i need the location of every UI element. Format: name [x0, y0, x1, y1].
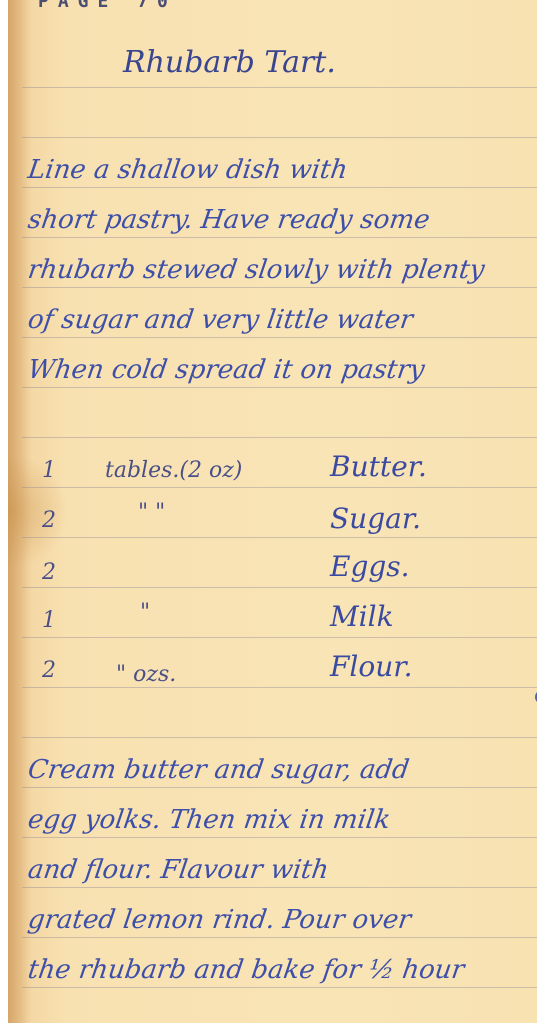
ingredient-qty: 2	[42, 508, 56, 533]
ingredient-unit: tables.(2 oz)	[105, 458, 242, 483]
ingredient-qty: 1	[42, 608, 56, 633]
ruled-line	[22, 387, 537, 388]
ruled-line	[22, 887, 537, 888]
ruled-line	[22, 987, 537, 988]
ruled-line	[22, 537, 537, 538]
text-line: of sugar and very little water	[26, 305, 415, 335]
ruled-line	[22, 787, 537, 788]
ruled-line	[22, 637, 537, 638]
ruled-line	[22, 437, 537, 438]
text-line: short pastry. Have ready some	[26, 205, 432, 235]
ingredient-unit: " "	[138, 500, 165, 525]
text-line: grated lemon rind. Pour over	[26, 905, 413, 935]
recipe-title: Rhubarb Tart.	[123, 45, 336, 80]
text-line: When cold spread it on pastry	[26, 355, 426, 385]
text-line: rhubarb stewed slowly with plenty	[26, 255, 486, 285]
ruled-line	[22, 237, 537, 238]
ingredient-qty: 2	[42, 658, 56, 683]
ingredient-unit: "	[140, 600, 150, 625]
ruled-line	[22, 687, 537, 688]
ruled-line	[22, 287, 537, 288]
ingredient-name: Flour.	[330, 650, 412, 683]
ruled-line	[22, 487, 537, 488]
ingredient-unit: " ozs.	[116, 662, 176, 687]
ingredient-name: Sugar.	[330, 502, 421, 535]
ruled-line	[22, 937, 537, 938]
ruled-line	[22, 337, 537, 338]
ingredient-name: Milk	[330, 600, 394, 633]
ruled-line	[22, 187, 537, 188]
text-line: Line a shallow dish with	[26, 155, 349, 185]
ruled-line	[22, 737, 537, 738]
text-line: Cream butter and sugar, add	[26, 755, 411, 785]
ingredient-qty: 1	[42, 458, 56, 483]
ruled-line	[22, 137, 537, 138]
text-line: egg yolks. Then mix in milk	[26, 805, 392, 835]
ingredient-name: Butter.	[330, 450, 427, 483]
text-line: the rhubarb and bake for ½ hour	[26, 955, 466, 985]
page-number-header: PAGE 70	[38, 0, 177, 12]
ingredient-qty: 2	[42, 560, 56, 585]
ruled-line	[22, 587, 537, 588]
ruled-line	[22, 837, 537, 838]
text-line: and flour. Flavour with	[26, 855, 331, 885]
notebook-page: PAGE 70 Rhubarb Tart. Line a shallow dis…	[8, 0, 537, 1023]
ruled-line	[22, 87, 537, 88]
ingredient-name: Eggs.	[330, 550, 410, 583]
